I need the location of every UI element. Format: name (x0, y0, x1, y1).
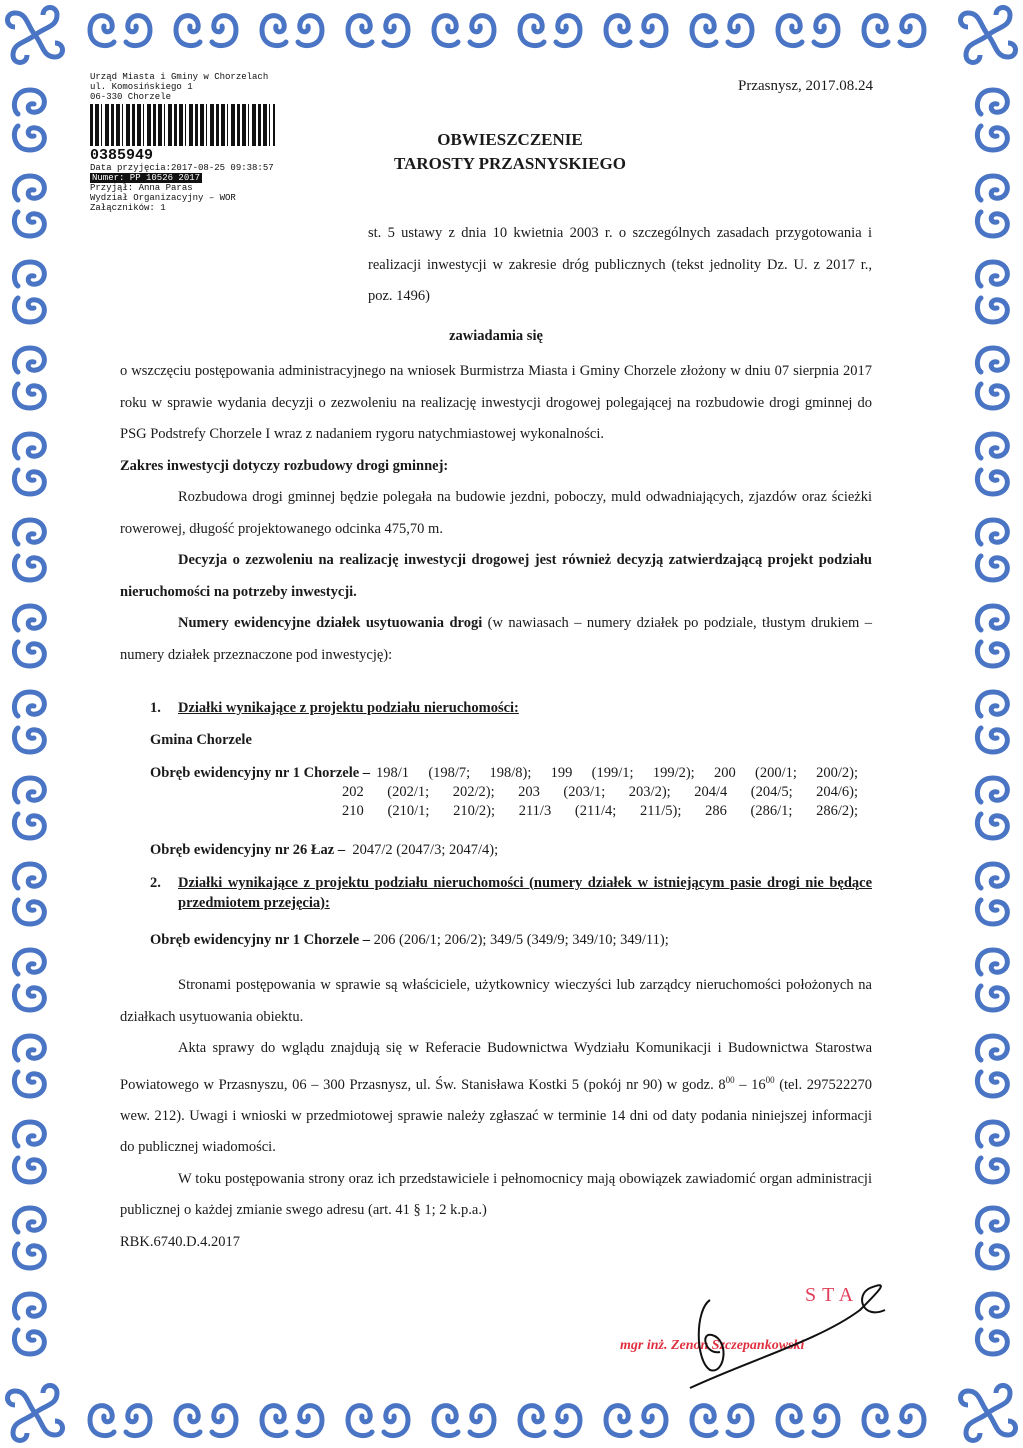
case-reference: RBK.6740.D.4.2017 (120, 1227, 872, 1259)
attachments: Załączników: 1 (90, 203, 350, 213)
paragraph-scope: Rozbudowa drogi gminnej będzie polegała … (120, 482, 872, 545)
title-line-2: TAROSTY PRZASNYSKIEGO (360, 152, 660, 176)
plot-line: 202 (202/1; 202/2); 203 (203/1; 203/2); … (342, 783, 858, 802)
paragraph-decision: Decyzja o zezwoleniu na realizację inwes… (120, 545, 872, 608)
plot-list-obreb-1: Obręb ewidencyjny nr 1 Chorzele – 198/1 … (150, 764, 872, 821)
document-title: OBWIESZCZENIE TAROSTY PRZASNYSKIEGO (360, 128, 660, 176)
barcode-number: 0385949 (90, 148, 350, 163)
list-heading-2: Działki wynikające z projektu podziału n… (178, 873, 872, 913)
paragraph-plot-numbers: Numery ewidencyjne działek usytuowania d… (120, 608, 872, 671)
received-date: Data przyjęcia:2017-08-25 09:38:57 (90, 163, 350, 173)
plot-list-obreb-1-existing: Obręb ewidencyjny nr 1 Chorzele – 206 (2… (120, 925, 872, 957)
list-item-2: 2.Działki wynikające z projektu podziału… (120, 873, 872, 913)
paragraph-address-change: W toku postępowania strony oraz ich prze… (120, 1164, 872, 1227)
stamp-address-line: 06-330 Chorzele (90, 92, 350, 102)
handwritten-signature (600, 1280, 900, 1390)
barcode (90, 104, 275, 146)
paragraph-parties: Stronami postępowania w sprawie są właśc… (120, 970, 872, 1033)
list-heading-1: Działki wynikające z projektu podziału n… (178, 700, 519, 716)
signature-block: STA mgr inż. Zenon Szczepankowski (600, 1280, 900, 1390)
plot-line: 198/1 (198/7; 198/8); 199 (199/1; 199/2)… (376, 764, 858, 783)
plot-line: 210 (210/1; 210/2); 211/3 (211/4; 211/5)… (342, 802, 858, 821)
title-line-1: OBWIESZCZENIE (360, 128, 660, 152)
list-item-1: 1.Działki wynikające z projektu podziału… (120, 693, 872, 725)
place-date: Przasnysz, 2017.08.24 (738, 78, 873, 95)
department: Wydział Organizacyjny – WOR (90, 193, 350, 203)
paragraph-proceedings: o wszczęciu postępowania administracyjne… (120, 356, 872, 451)
paragraph-files: Akta sprawy do wglądu znajdują się w Ref… (120, 1033, 872, 1164)
gmina-label: Gmina Chorzele (120, 725, 872, 757)
plot-list-obreb-26: Obręb ewidencyjny nr 26 Łaz – 2047/2 (20… (120, 835, 872, 867)
intro-paragraph: st. 5 ustawy z dnia 10 kwietnia 2003 r. … (120, 218, 872, 313)
received-by: Przyjął: Anna Paras (90, 183, 350, 193)
registry-number: Numer: PP 10526 2017 (90, 173, 202, 183)
stamp-address-line: ul. Komosińskiego 1 (90, 82, 350, 92)
announcement-heading: zawiadamia się (120, 321, 872, 353)
scope-heading: Zakres inwestycji dotyczy rozbudowy drog… (120, 451, 872, 483)
plot-numbers-label: Numery ewidencyjne działek usytuowania d… (178, 615, 482, 631)
registry-stamp: Urząd Miasta i Gminy w Chorzelach ul. Ko… (90, 72, 350, 213)
stamp-address-line: Urząd Miasta i Gminy w Chorzelach (90, 72, 350, 82)
document-body: st. 5 ustawy z dnia 10 kwietnia 2003 r. … (120, 218, 872, 1258)
